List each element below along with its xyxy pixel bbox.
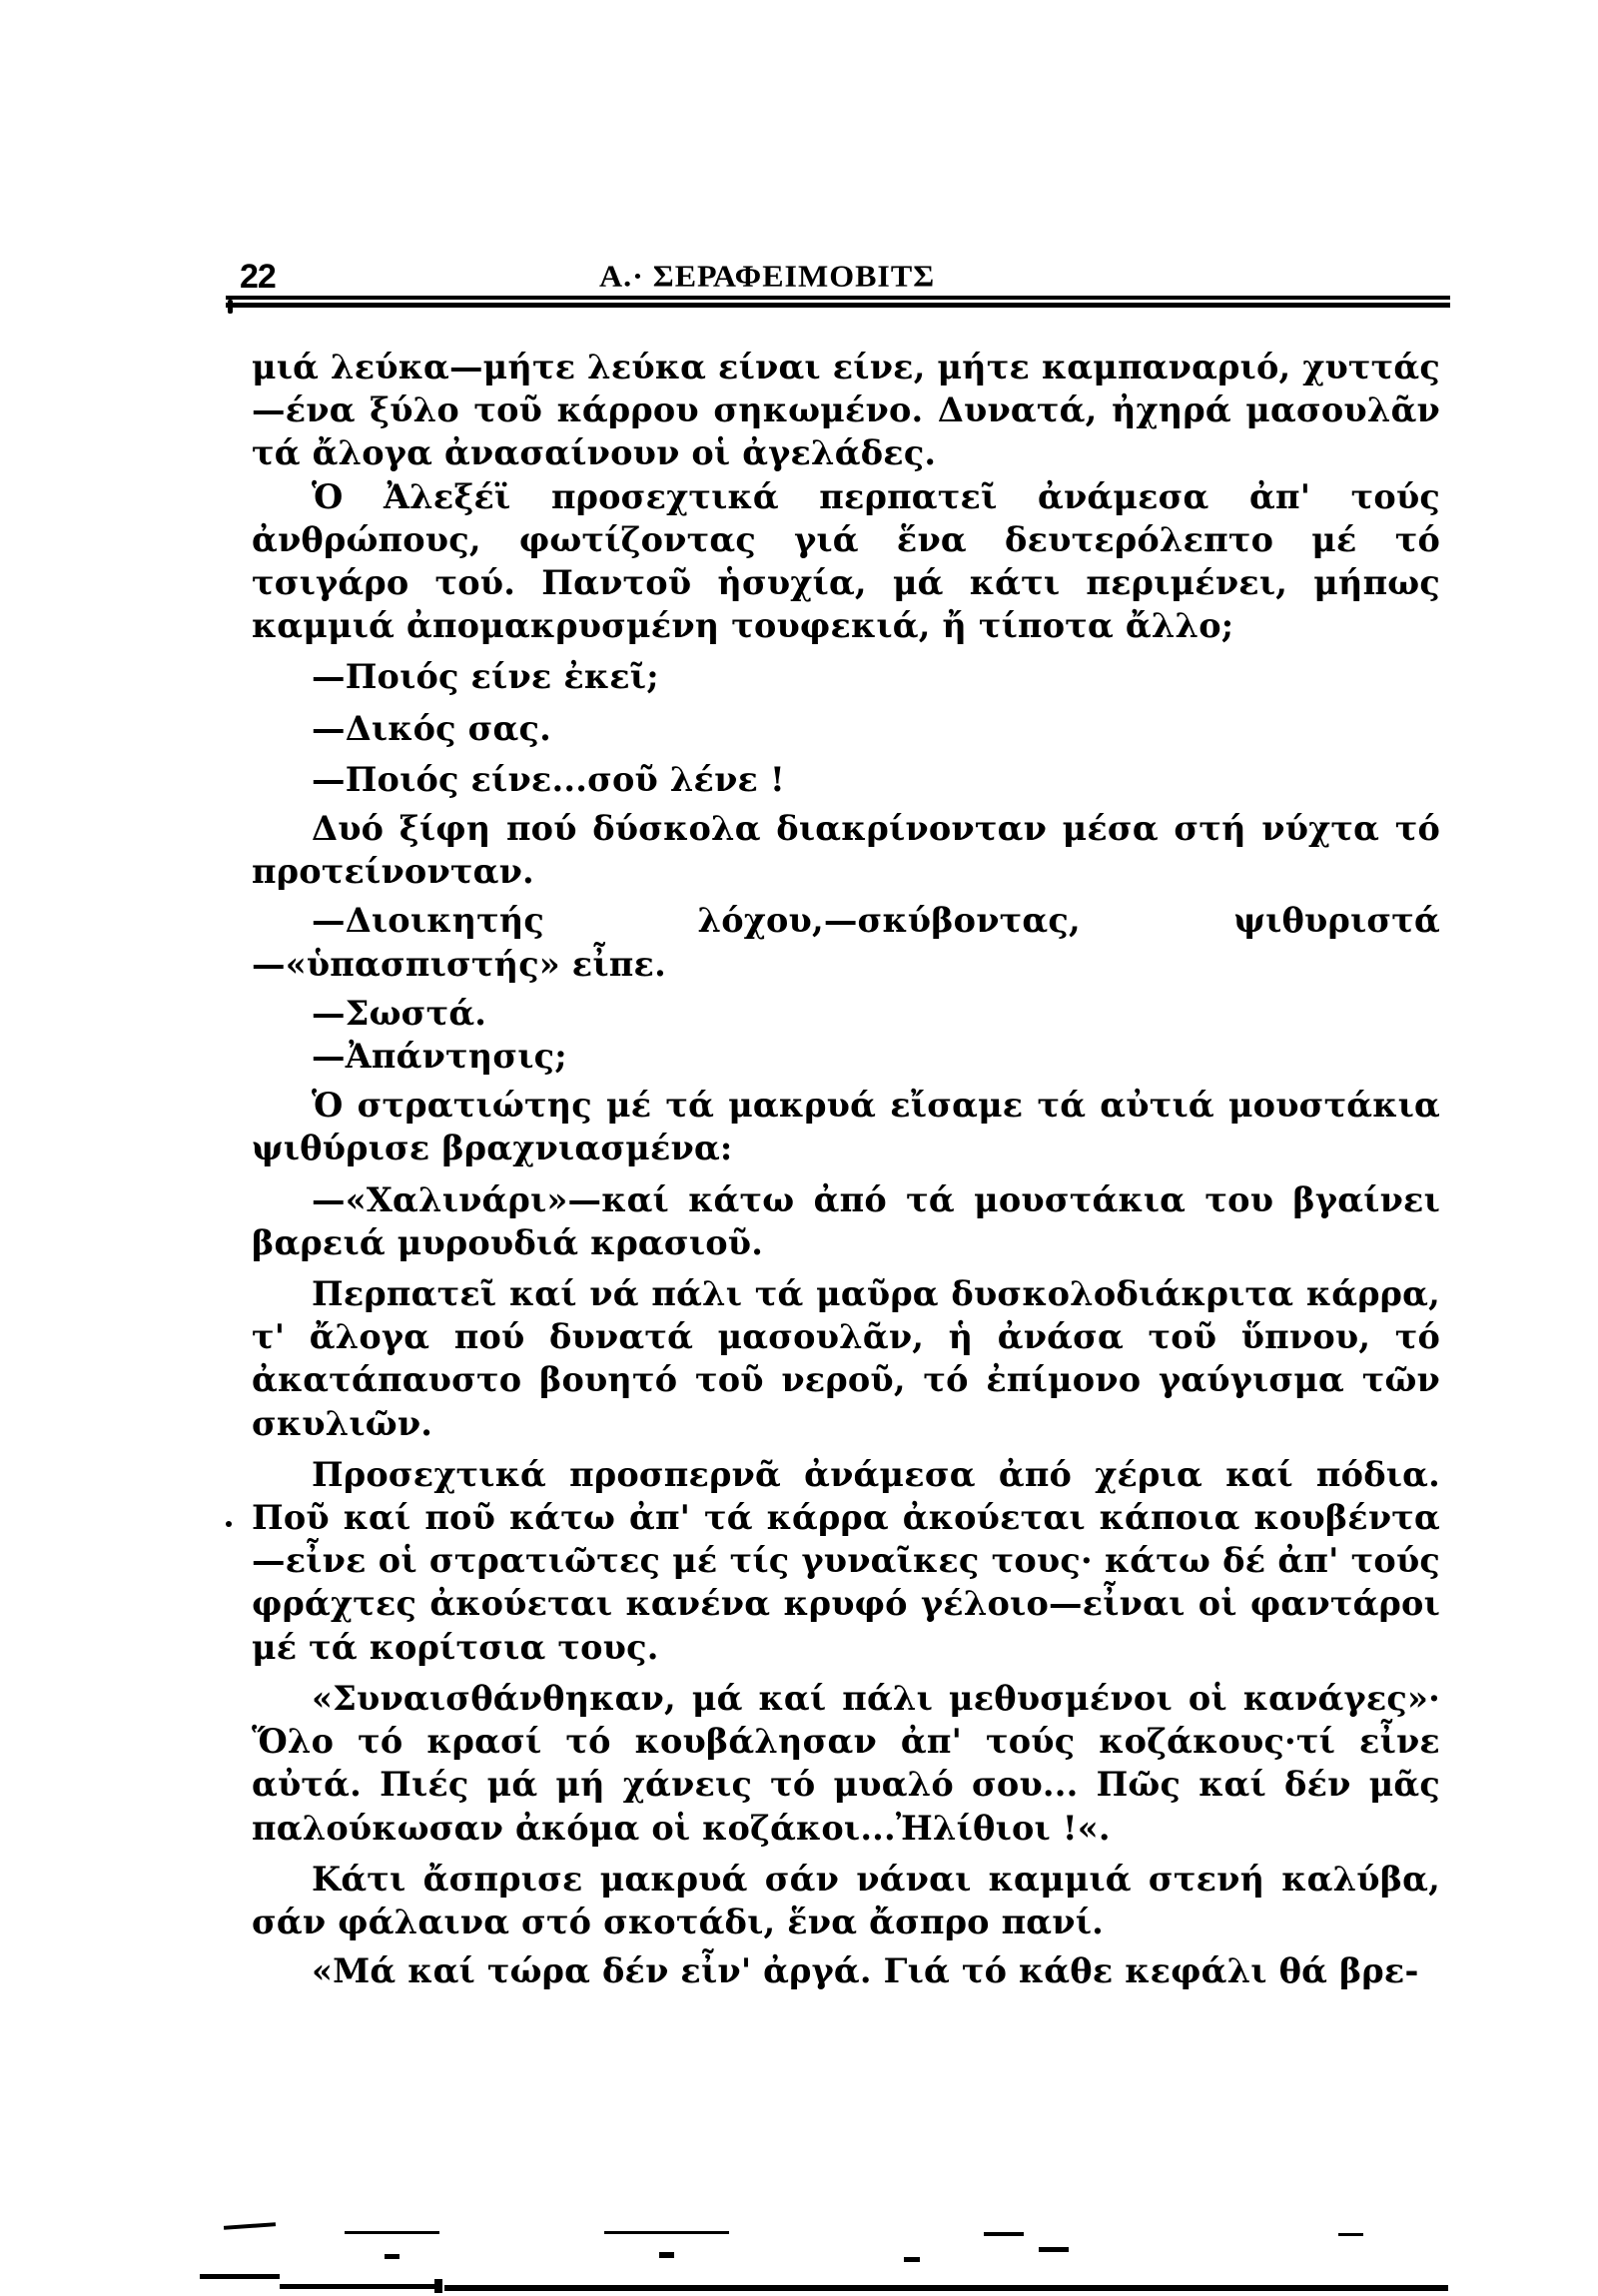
margin-mark bbox=[226, 1521, 232, 1527]
paragraph: Προσεχτικά προσπερνᾶ ἀνάμεσα ἀπό χέρια κ… bbox=[252, 1453, 1440, 1669]
rule-thin bbox=[226, 296, 1450, 300]
header-double-rule bbox=[226, 296, 1450, 308]
scan-artifact bbox=[659, 2252, 674, 2258]
margin-mark bbox=[228, 300, 233, 314]
scan-artifact bbox=[385, 2254, 399, 2259]
scan-artifact bbox=[444, 2285, 1448, 2291]
body-text: μιά λεύκα—μήτε λεύκα είναι είνε, μήτε κα… bbox=[252, 346, 1440, 1992]
running-title: Α.· ΣΕΡΑΦΕΙΜΟΒΙΤΣ bbox=[599, 259, 935, 294]
paragraph: «Μά καί τώρα δέν εἶν' ἀργά. Γιά τό κάθε … bbox=[252, 1949, 1440, 1992]
dialog-line: —Ποιός είνε...σοῦ λένε ! bbox=[252, 758, 1440, 801]
rule-thick bbox=[226, 303, 1450, 308]
scan-artifact bbox=[1338, 2233, 1363, 2236]
scan-artifacts-footer bbox=[200, 2197, 1448, 2296]
dialog-line: —Σωστά. bbox=[252, 992, 1440, 1035]
paragraph: Περπατεῖ καί νά πάλι τά μαῦρα δυσκολοδιά… bbox=[252, 1272, 1440, 1445]
dialog-line: —Ποιός είνε ἐκεῖ; bbox=[252, 655, 1440, 698]
scan-artifact bbox=[224, 2222, 276, 2230]
scan-artifact bbox=[904, 2257, 920, 2262]
dialog-line: —Διοικητής λόχου,—σκύβοντας, ψιθυριστά—«… bbox=[252, 899, 1440, 985]
scan-artifact bbox=[345, 2231, 439, 2234]
scan-artifact bbox=[280, 2284, 434, 2289]
paragraph: «Συναισθάνθηκαν, μά καί πάλι μεθυσμένοι … bbox=[252, 1677, 1440, 1850]
dialog-line: —«Χαλινάρι»—καί κάτω ἀπό τά μουστάκια το… bbox=[252, 1178, 1440, 1264]
paragraph: Δυό ξίφη πού δύσκολα διακρίνονταν μέσα σ… bbox=[252, 807, 1440, 893]
scan-artifact bbox=[984, 2232, 1024, 2236]
paragraph: Κάτι ἄσπρισε μακρυά σάν νάναι καμμιά στε… bbox=[252, 1858, 1440, 1943]
dialog-line: —Δικός σας. bbox=[252, 707, 1440, 750]
paragraph: Ὁ στρατιώτης μέ τά μακρυά εἴσαμε τά αὐτι… bbox=[252, 1084, 1440, 1169]
scan-artifact bbox=[200, 2274, 280, 2279]
page-number: 22 bbox=[240, 258, 276, 297]
book-page: 22 Α.· ΣΕΡΑΦΕΙΜΟΒΙΤΣ μιά λεύκα—μήτε λεύκ… bbox=[0, 0, 1598, 2296]
scan-artifact bbox=[604, 2231, 729, 2234]
paragraph: Ὁ Ἀλεξέϊ προσεχτικά περπατεῖ ἀνάμεσα ἀπ'… bbox=[252, 475, 1440, 648]
paragraph: μιά λεύκα—μήτε λεύκα είναι είνε, μήτε κα… bbox=[252, 346, 1440, 475]
dialog-line: —Ἀπάντησις; bbox=[252, 1035, 1440, 1078]
scan-artifact bbox=[1039, 2247, 1069, 2252]
scan-artifact bbox=[434, 2279, 442, 2293]
